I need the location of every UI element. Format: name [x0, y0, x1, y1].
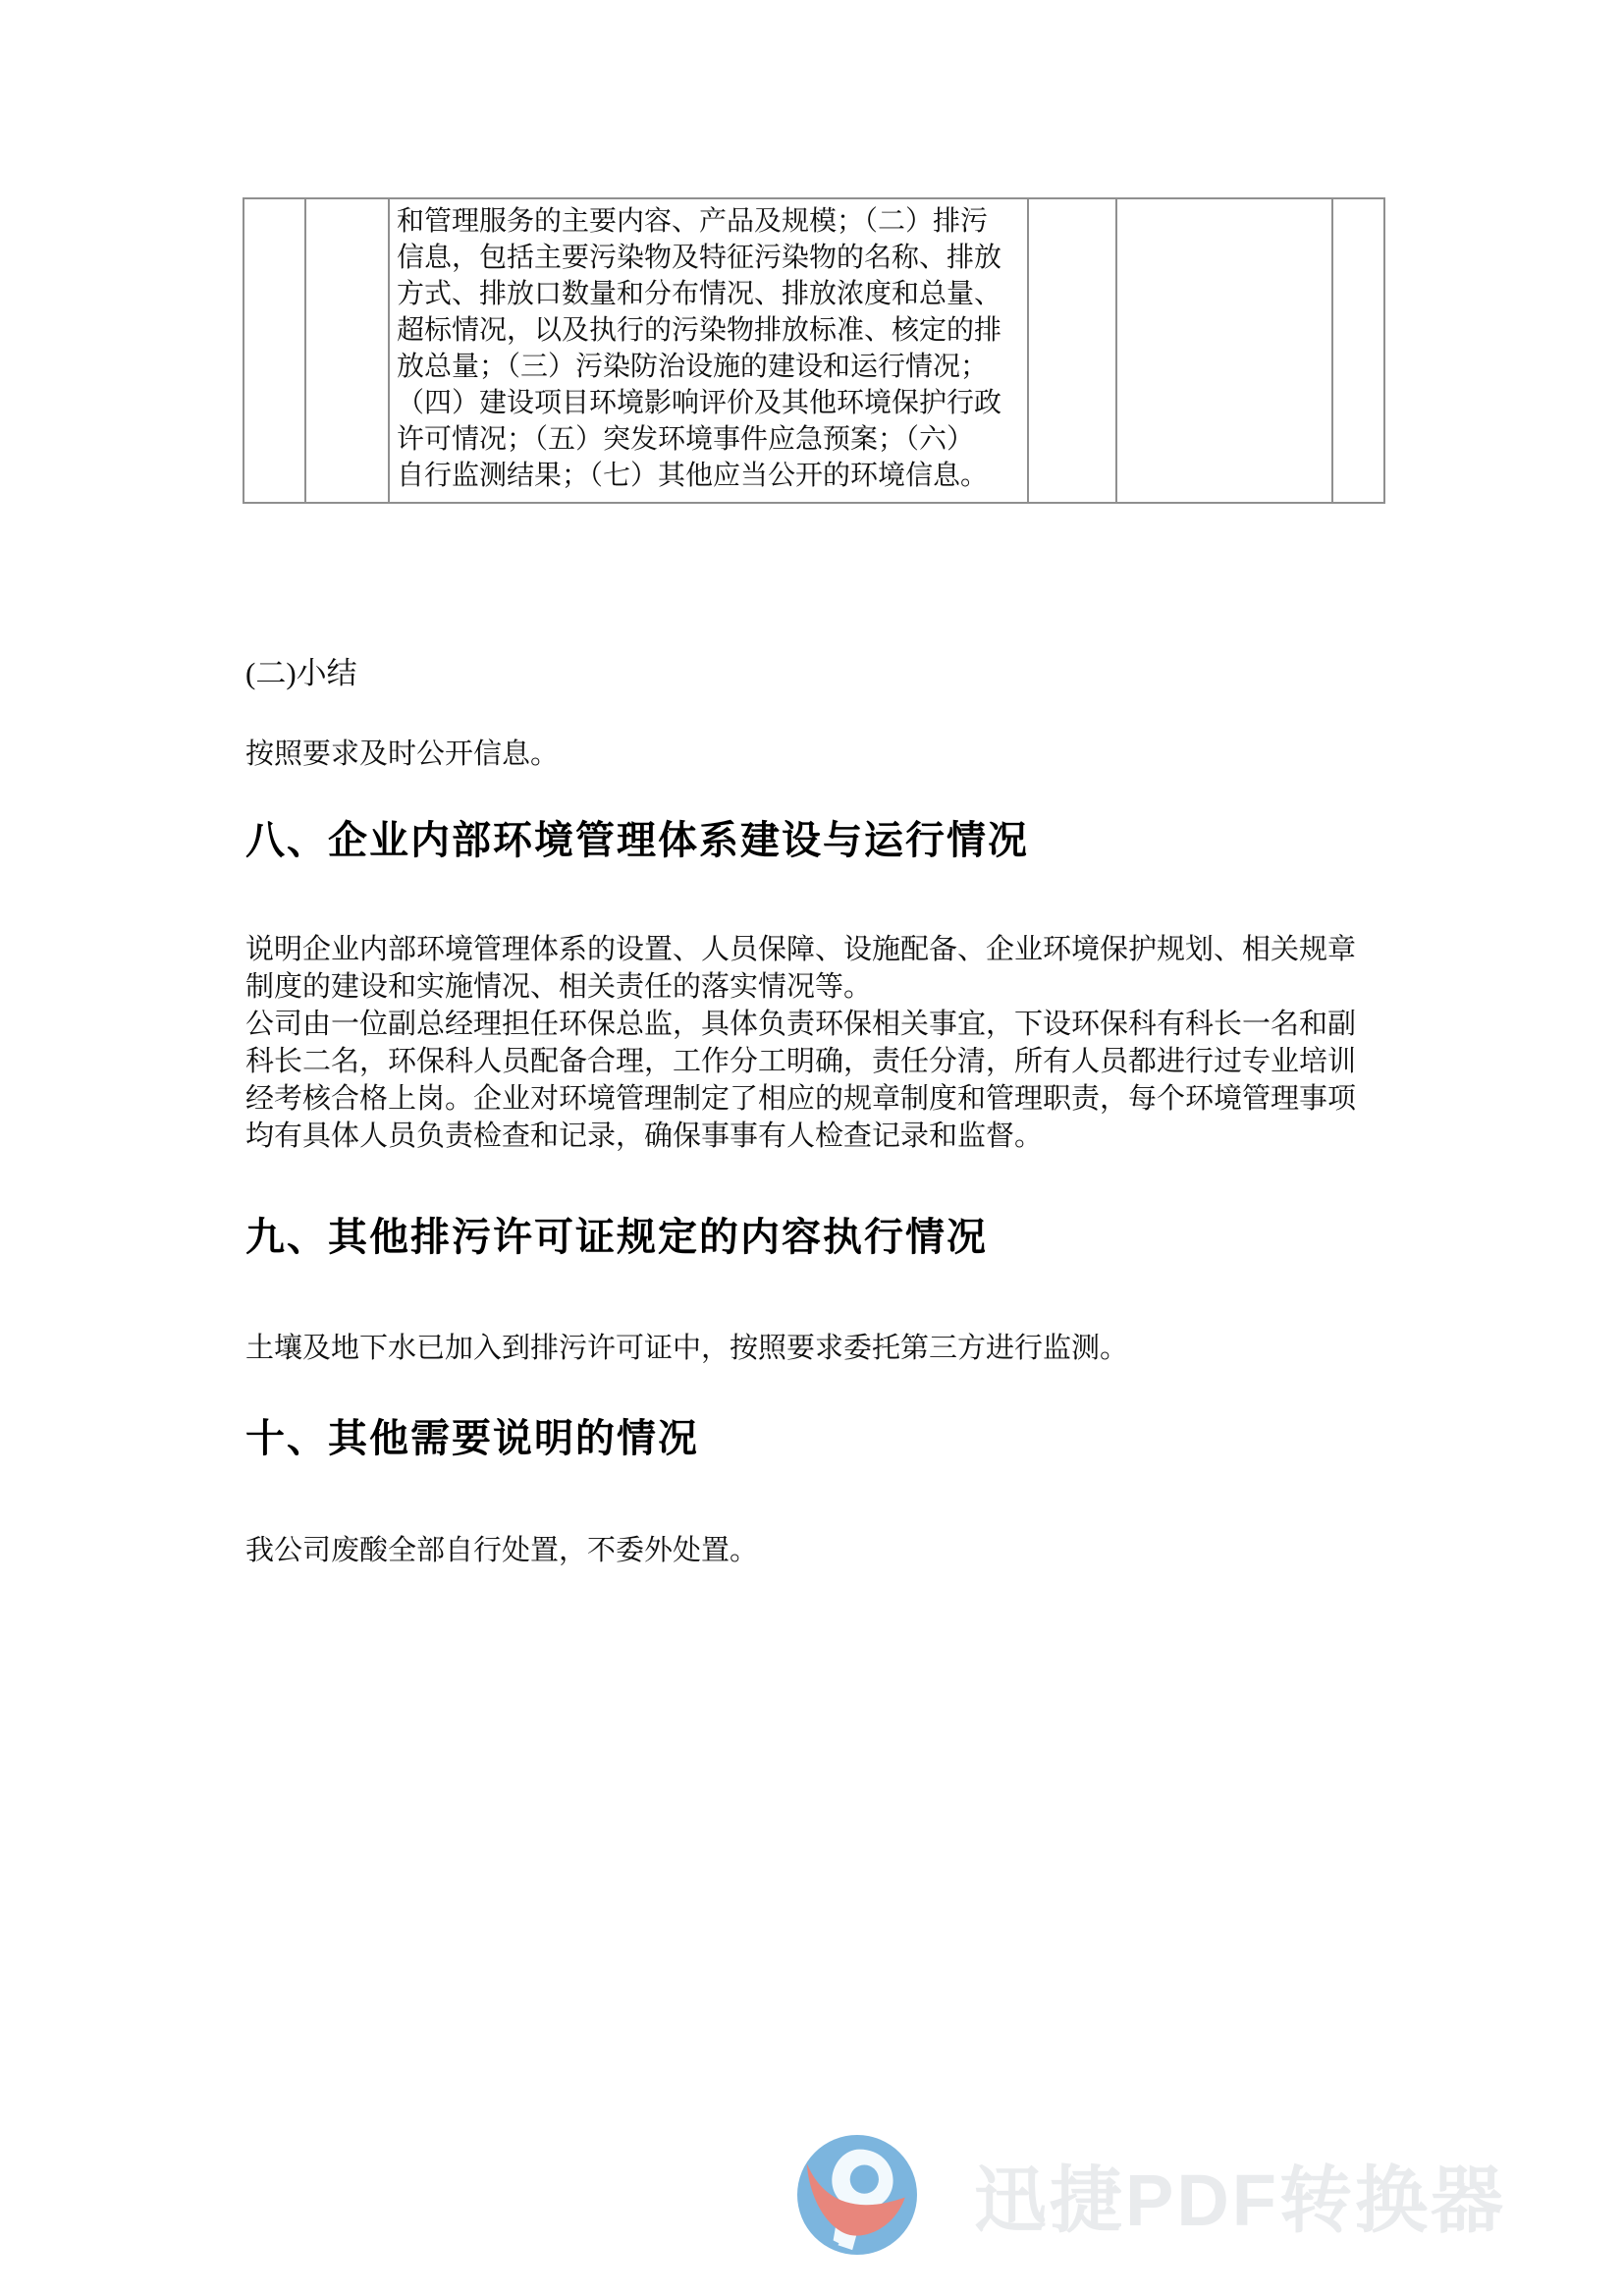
document-page: 和管理服务的主要内容、产品及规模；（二）排污 信息，包括主要污染物及特征污染物的…: [0, 0, 1623, 2296]
table-cell-empty-5: [1332, 198, 1384, 503]
subsection-heading-summary: (二)小结: [245, 648, 357, 692]
table-row: 和管理服务的主要内容、产品及规模；（二）排污 信息，包括主要污染物及特征污染物的…: [243, 198, 1384, 503]
section-10-body-text: 我公司废酸全部自行处置，不委外处置。: [245, 1528, 758, 1568]
watermark-text: 迅捷PDF转换器: [974, 2143, 1506, 2247]
continuation-table: 和管理服务的主要内容、产品及规模；（二）排污 信息，包括主要污染物及特征污染物的…: [243, 197, 1385, 504]
section-10-heading: 十、其他需要说明的情况: [245, 1407, 699, 1463]
section-9-body-text: 土壤及地下水已加入到排污许可证中，按照要求委托第三方进行监测。: [245, 1326, 1128, 1366]
pdf-converter-watermark: 迅捷PDF转换器: [797, 2135, 1506, 2255]
pdf-converter-logo-icon: [797, 2135, 917, 2255]
table-cell-empty-4: [1116, 198, 1332, 503]
table-cell-disclosure-text: 和管理服务的主要内容、产品及规模；（二）排污 信息，包括主要污染物及特征污染物的…: [389, 198, 1028, 503]
table-cell-empty-1: [243, 198, 305, 503]
section-8-paragraph-2: 公司由一位副总经理担任环保总监，具体负责环保相关事宜，下设环保科有科长一名和副 …: [245, 1006, 1404, 1155]
table-cell-empty-3: [1028, 198, 1116, 503]
summary-body-text: 按照要求及时公开信息。: [245, 732, 559, 772]
section-8-paragraph-1: 说明企业内部环境管理体系的设置、人员保障、设施配备、企业环境保护规划、相关规章 …: [245, 931, 1404, 1006]
table-cell-empty-2: [305, 198, 389, 503]
section-8-heading: 八、企业内部环境管理体系建设与运行情况: [245, 809, 1029, 865]
section-9-heading: 九、其他排污许可证规定的内容执行情况: [245, 1206, 988, 1262]
